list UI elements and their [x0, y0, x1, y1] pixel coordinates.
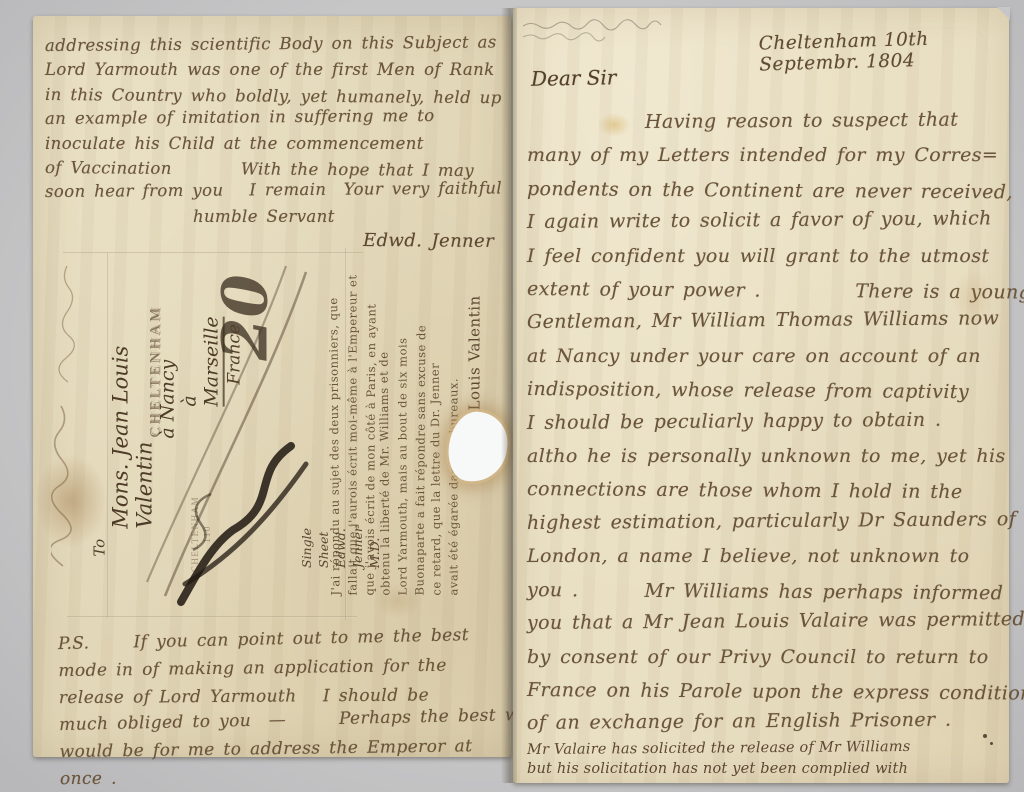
dog-eared-corner [997, 7, 1010, 20]
letter-line: altho he is personally unknown to me, ye… [527, 440, 1005, 473]
page-gutter-shadow [501, 8, 517, 783]
letter-line: highest estimation, particularly Dr Saun… [527, 503, 1005, 540]
postscript-line: once . [60, 763, 500, 792]
valentin-signature: Louis Valentin [466, 275, 483, 411]
french-note-line: Lord Yarmouth, mais au bout de six mois [394, 275, 411, 596]
letter-line: Having reason to suspect that [645, 103, 1005, 139]
postscript-line: mode in of making an application for the [58, 652, 498, 685]
letter-body-block: Having reason to suspect that many of my… [527, 106, 1005, 741]
address-line: To [91, 316, 109, 556]
manuscript-photograph: addressing this scientific Body on this … [0, 0, 1024, 792]
ink-dots [990, 742, 993, 745]
jenner-signature: Edwd. Jenner [363, 229, 500, 254]
letter-line: at Nancy under your care on account of a… [527, 340, 1005, 373]
french-note-line: ce retard, que la lettre du Dr. Jenner [425, 274, 444, 595]
letter-line: by consent of our Privy Council to retur… [527, 641, 1005, 674]
pencil-annotation-scribble [519, 16, 709, 48]
letter-line: you that a Mr Jean Louis Valaire was per… [527, 603, 1005, 640]
letter-line: an example of imitation in suffering me … [45, 104, 500, 132]
letter-right-page: Cheltenham 10th Septembr. 1804 Dear Sir … [513, 8, 1009, 783]
letter-line: soon hear from you I remain Your very fa… [45, 177, 500, 205]
letter-line: humble Servant [193, 205, 500, 229]
letter-line: Gentleman, Mr William Thomas Williams no… [527, 303, 1005, 340]
cramped-final-lines: Mr Valaire has solicited the release of … [527, 741, 1005, 779]
french-note-line: obtenu la liberté de Mr. Williams et de [375, 274, 394, 595]
letter-left-page: addressing this scientific Body on this … [33, 16, 511, 757]
letter-line: but his solicitation has not yet been co… [527, 760, 1005, 779]
ink-dots [983, 734, 987, 738]
letter-line: I feel confident you will grant to the u… [527, 240, 1005, 273]
dateline: Cheltenham 10th Septembr. 1804 [758, 27, 1009, 76]
letter-line: addressing this scientific Body on this … [45, 30, 500, 58]
letter-line: I again write to solicit a favor of you,… [527, 202, 1005, 239]
letter-line: Lord Yarmouth was one of the first Men o… [45, 58, 500, 82]
illegible-docket-scribble [51, 256, 81, 586]
letter-line: Mr Valaire has solicited the release of … [527, 737, 1005, 760]
letter-line: inoculate his Child at the commencement [45, 132, 500, 156]
french-note-line: fallait que j'aurois écrit moi-même à l'… [344, 275, 361, 596]
letter-line: of an exchange for an English Prisoner . [527, 704, 1005, 741]
letter-line: London, a name I believe, not unknown to [527, 540, 1005, 573]
salutation: Dear Sir [531, 65, 617, 90]
postscript-block: P.S. If you can point out to me the best… [58, 625, 500, 792]
closing-text-block: addressing this scientific Body on this … [45, 34, 500, 254]
french-note-line: J'ai répondu au sujet des deux prisonnie… [324, 274, 343, 595]
postscript-line: would be for me to address the Emperor a… [59, 733, 499, 766]
letter-line: many of my Letters intended for my Corre… [527, 139, 1005, 172]
letter-line: I should be peculiarly happy to obtain . [527, 403, 1005, 440]
